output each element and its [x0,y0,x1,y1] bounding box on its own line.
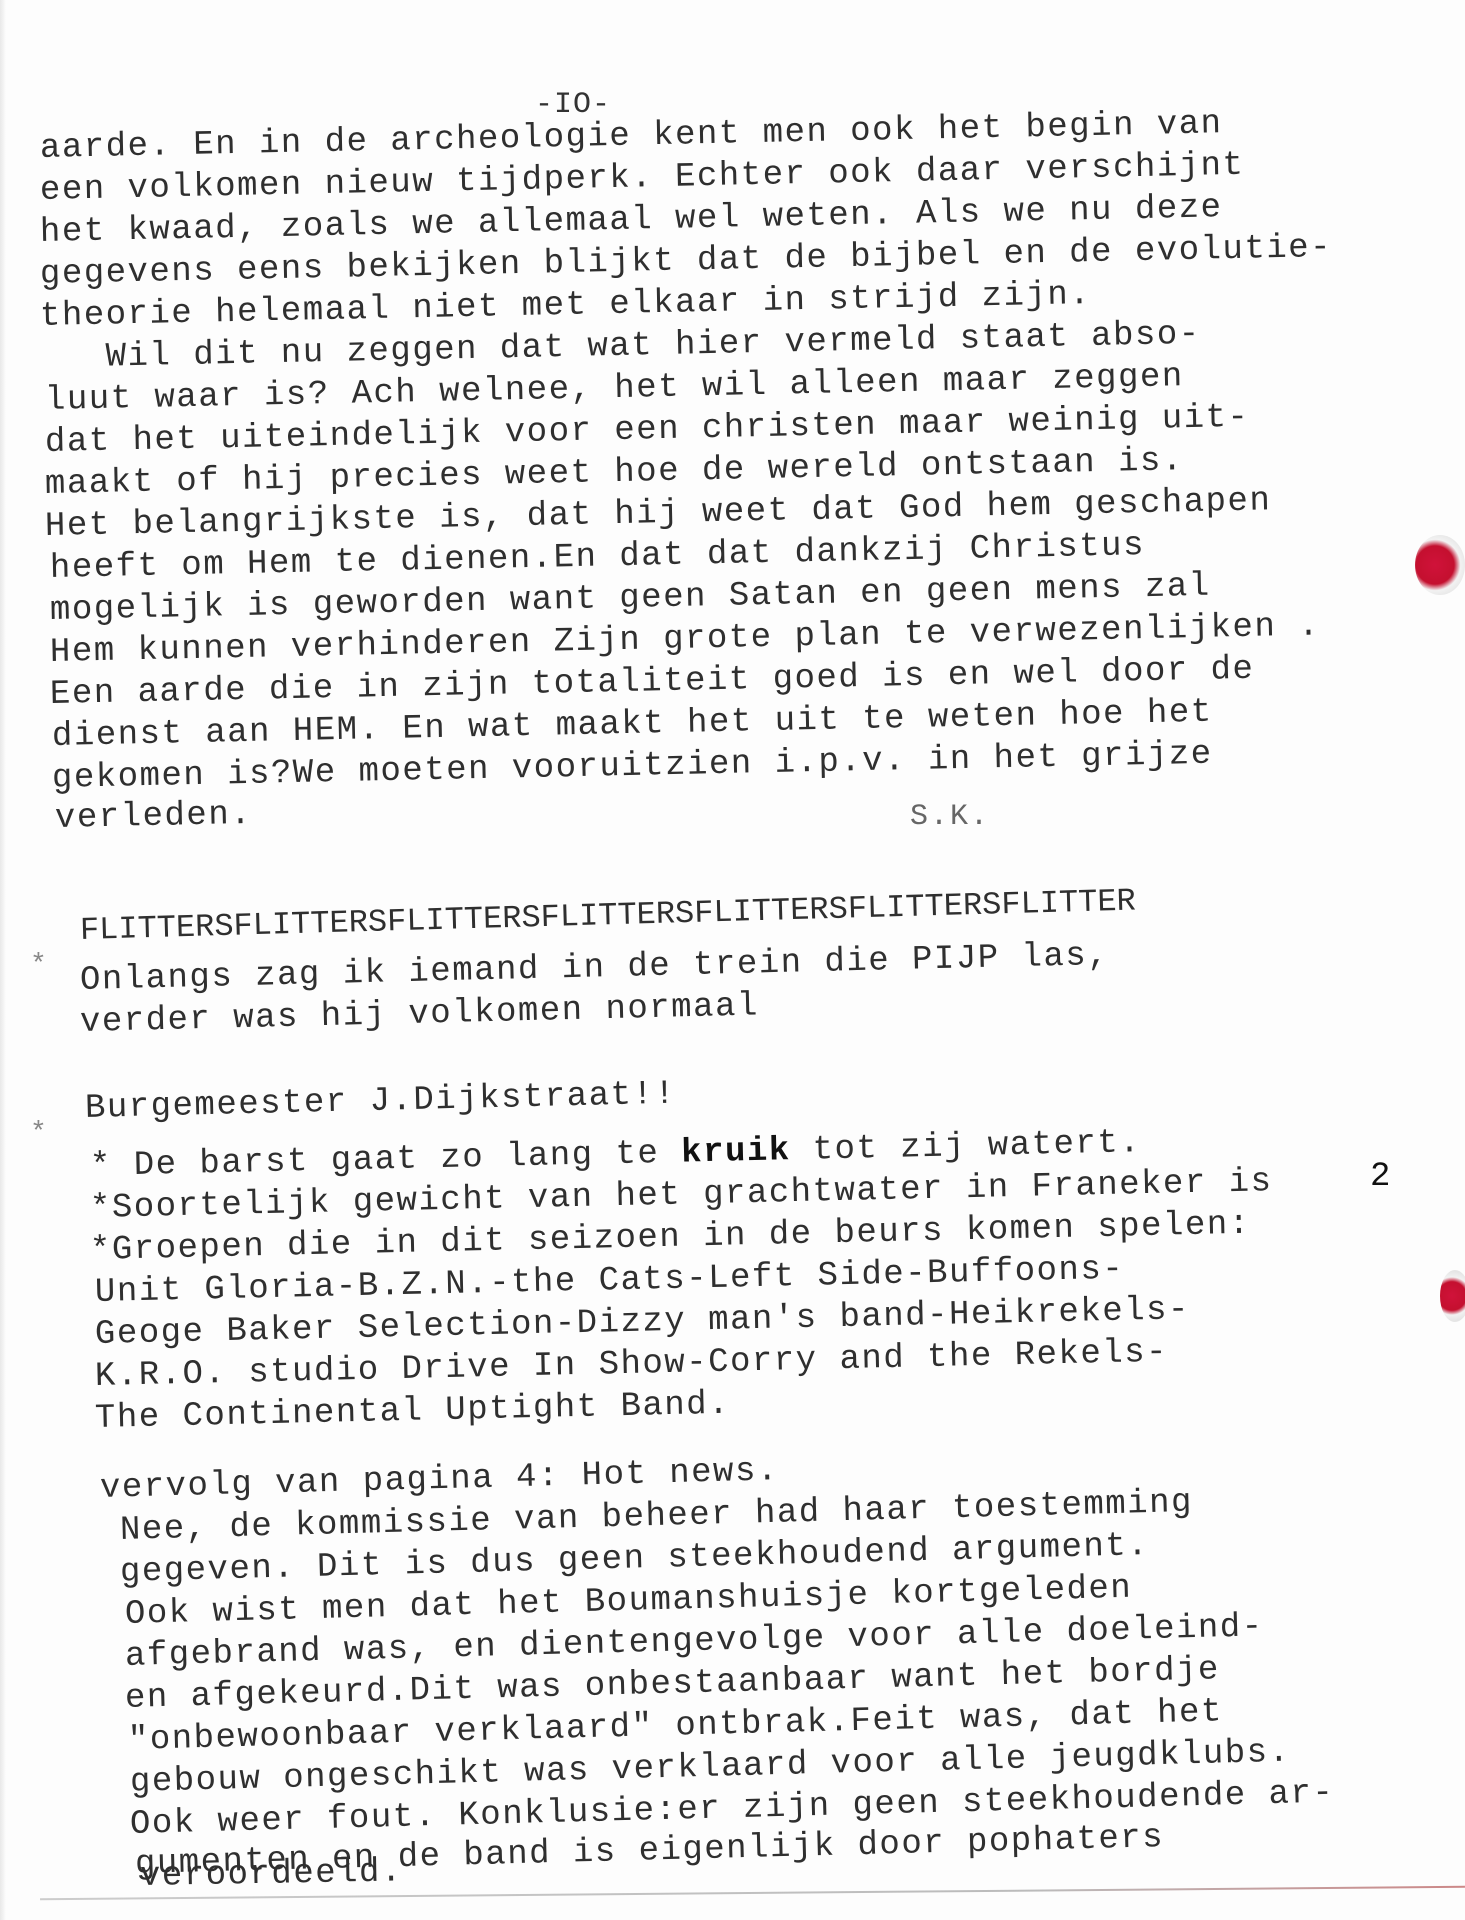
author-signature: S.K. [910,800,990,834]
asterisk-icon: * [90,1232,113,1270]
binder-hole [1440,1270,1465,1322]
page-number: -IO- [535,88,611,122]
flitter-item: Burgemeester J.Dijkstraat!! [85,1076,677,1128]
asterisk-icon: * [90,1190,113,1228]
continuation-line-last: veroordeeld. [140,1853,403,1896]
binder-hole [1415,535,1465,595]
bold-word: kruik [681,1132,791,1172]
flitters-header: FLITTERSFLITTERSFLITTERSFLITTERSFLITTERS… [79,883,1136,949]
margin-value: 2 [1370,1158,1390,1196]
asterisk-icon: * [30,1118,47,1149]
page-edge [0,0,6,1920]
article-line: verleden. [55,796,253,838]
typewritten-page: -IO- aarde. En in de archeologie kent me… [0,0,1465,1920]
asterisk-icon: * [90,1148,113,1186]
asterisk-icon: * [30,950,47,981]
